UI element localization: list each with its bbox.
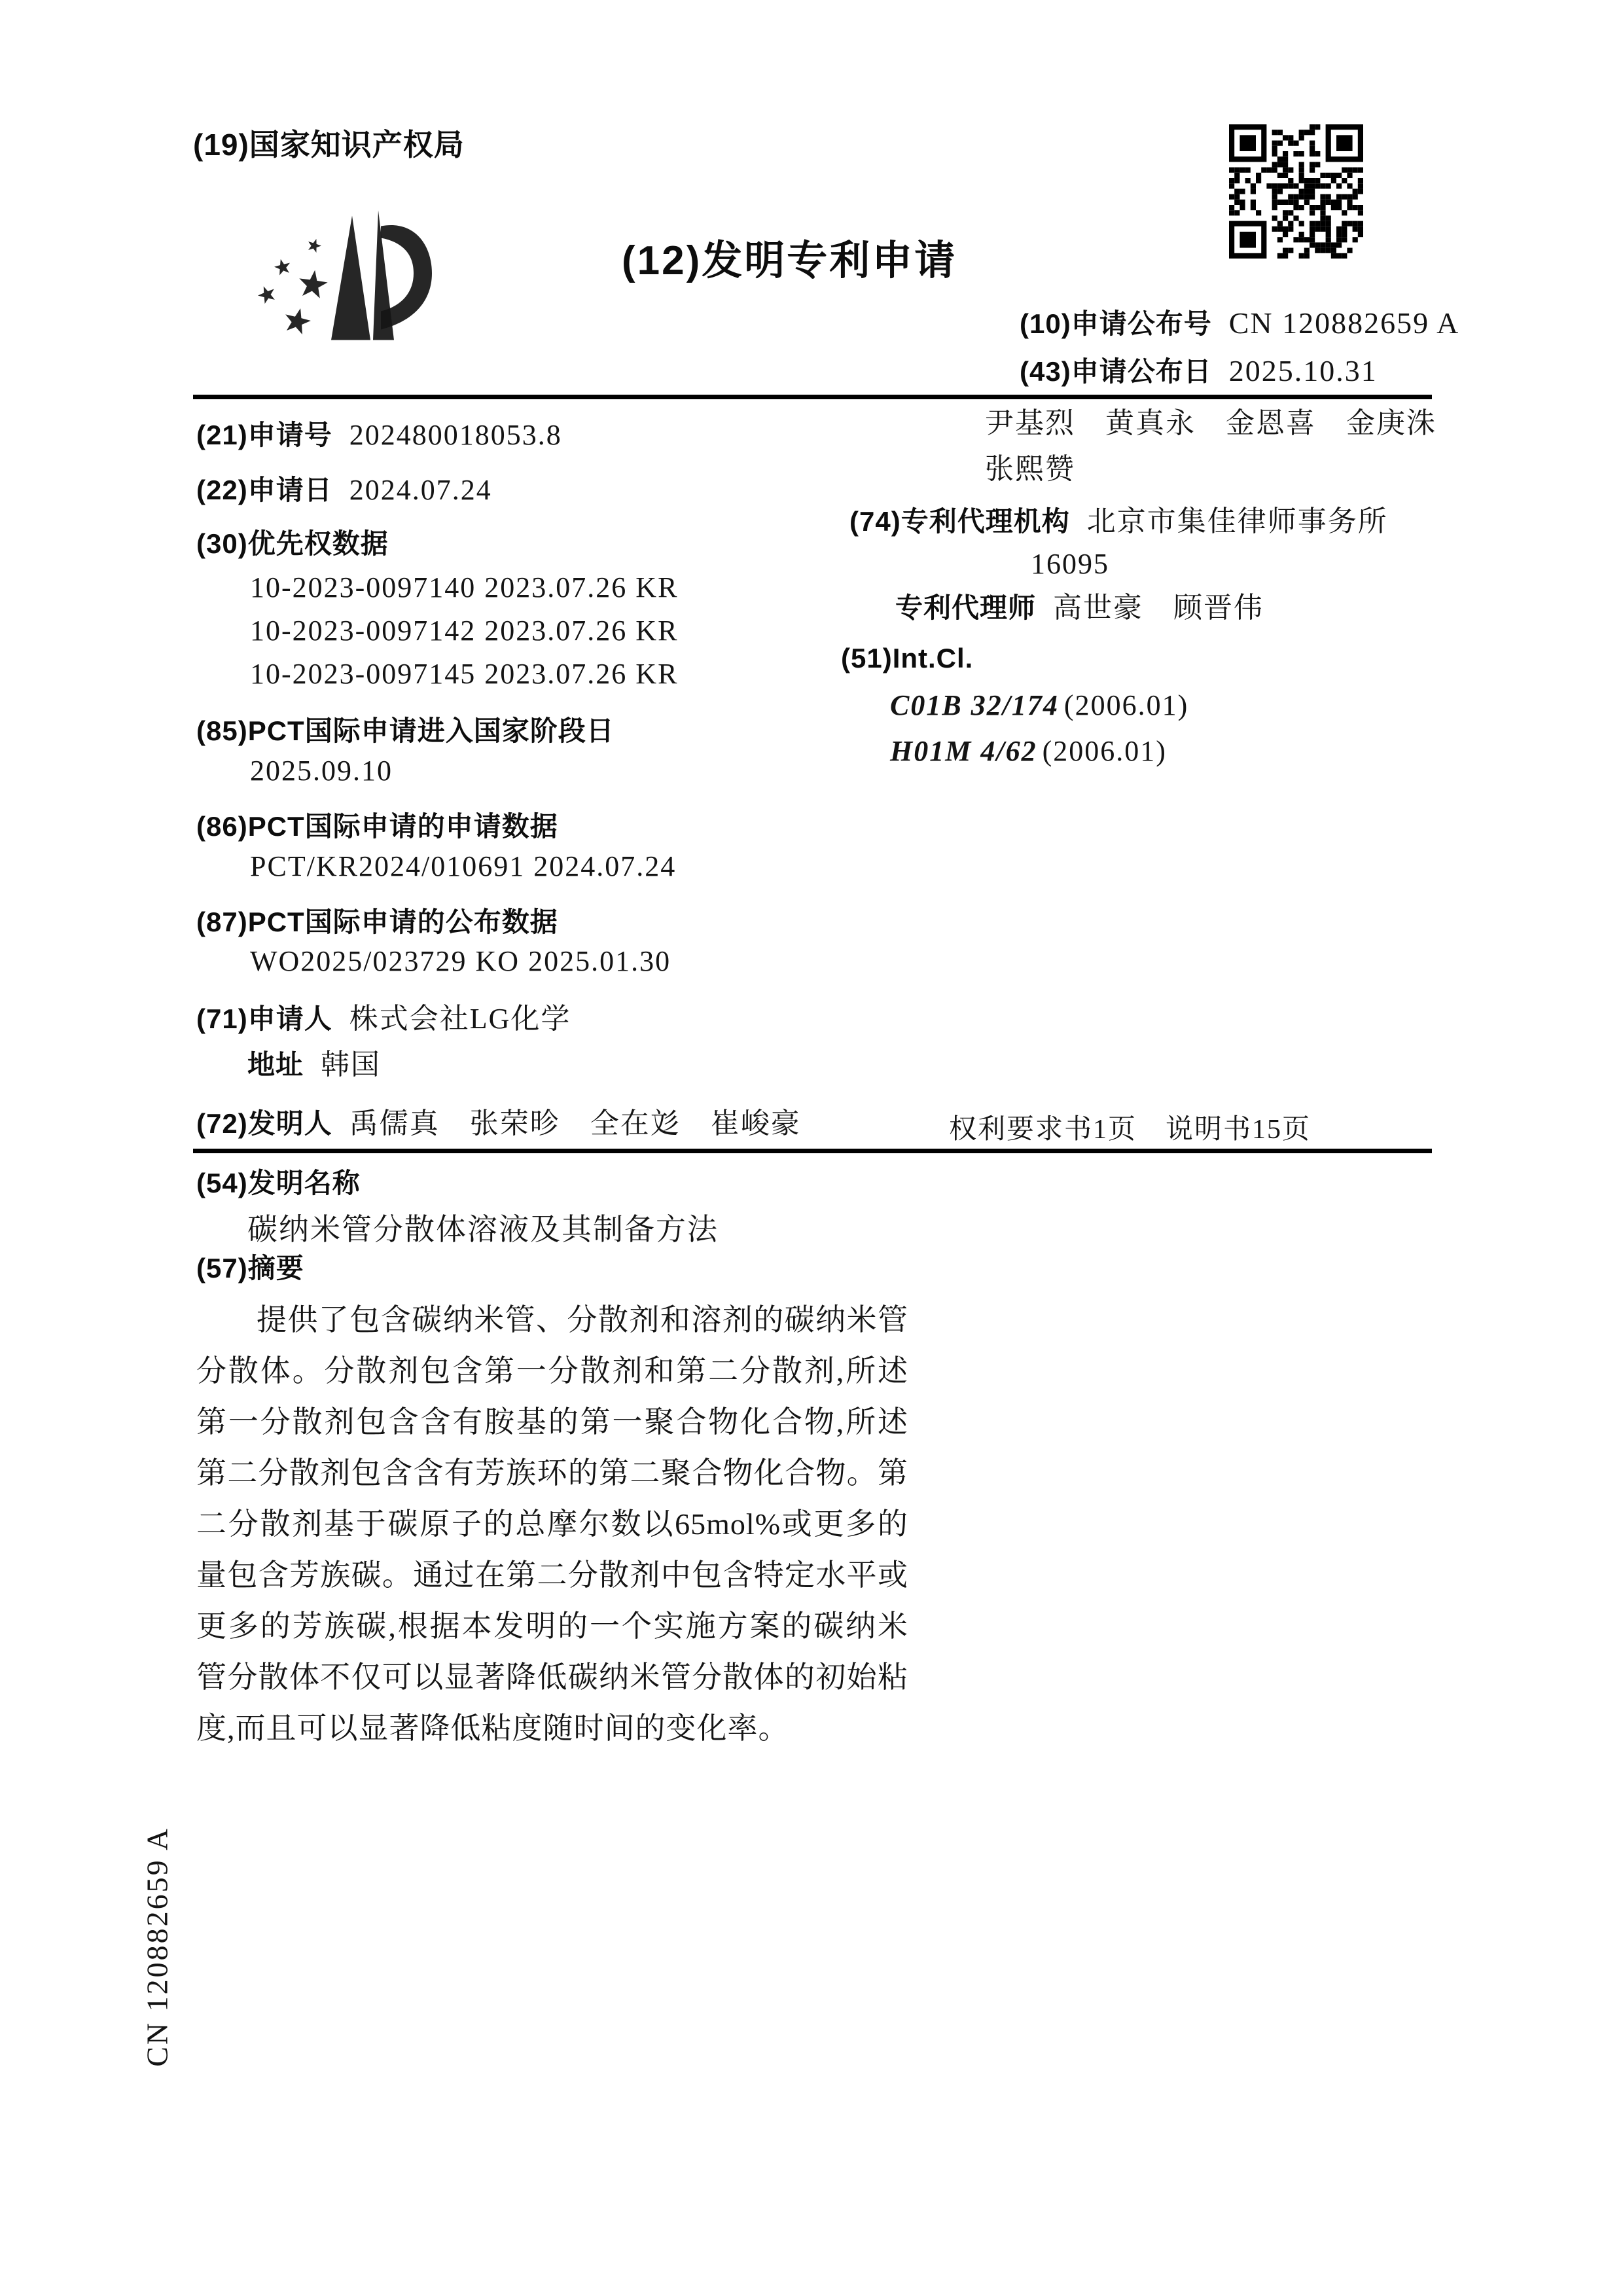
int-cl-code: H01M 4/62: [890, 734, 1037, 768]
pct-national-stage-date: 2025.09.10: [250, 754, 393, 787]
address-label: 地址: [247, 1043, 304, 1083]
int-cl-version: (2006.01): [1043, 734, 1167, 768]
int-cl-label: (51)Int.Cl.: [841, 643, 973, 674]
int-cl-code: C01B 32/174: [890, 689, 1059, 722]
applicant-name: 株式会社LG化学: [349, 995, 571, 1037]
pct-publication-data-value: WO2025/023729 KO 2025.01.30: [250, 944, 671, 978]
priority-entry: 10-2023-0097140 2023.07.26 KR: [250, 571, 678, 604]
application-number-label: (21)申请号: [196, 414, 332, 453]
inventors-line2: 尹基烈 黄真永 金恩喜 金庚洙: [985, 399, 1436, 441]
qr-code: [1229, 124, 1363, 262]
pub-date-value: 2025.10.31: [1229, 353, 1378, 388]
section-rule: [193, 1149, 1432, 1153]
pct-national-stage-label: (85)PCT国际申请进入国家阶段日: [196, 709, 615, 749]
abstract-label: (57)摘要: [196, 1247, 304, 1286]
document-type-title: (12)发明专利申请: [622, 228, 957, 286]
pub-number-label: (10)申请公布号: [1020, 302, 1212, 342]
pub-number-value: CN 120882659 A: [1229, 306, 1460, 340]
invention-title: 碳纳米管分散体溶液及其制备方法: [247, 1206, 719, 1249]
inventors-label: (72)发明人: [196, 1102, 332, 1141]
priority-entry: 10-2023-0097145 2023.07.26 KR: [250, 657, 678, 691]
agent-label: 专利代理师: [895, 586, 1036, 626]
header-rule: [193, 395, 1432, 399]
pct-application-data-value: PCT/KR2024/010691 2024.07.24: [250, 850, 676, 883]
sidebar-publication-code: CN 120882659 A: [140, 1797, 175, 2098]
patent-front-page: (19)国家知识产权局 (12)发明专利申请: [0, 0, 1623, 2296]
agency-name: 北京市集佳律师事务所: [1087, 497, 1388, 539]
invention-title-label: (54)发明名称: [196, 1162, 361, 1201]
priority-data-label: (30)优先权数据: [196, 522, 389, 562]
application-number-value: 202480018053.8: [349, 418, 562, 452]
agency-label: (74)专利代理机构: [849, 500, 1070, 539]
agency-code: 16095: [1031, 547, 1109, 581]
pct-application-data-label: (86)PCT国际申请的申请数据: [196, 805, 558, 844]
applicant-label: (71)申请人: [196, 997, 332, 1037]
application-date-label: (22)申请日: [196, 469, 332, 508]
address-value: 韩国: [321, 1041, 381, 1083]
int-cl-version: (2006.01): [1064, 689, 1188, 722]
pages-info: 权利要求书1页 说明书15页: [949, 1107, 1311, 1147]
application-date-value: 2024.07.24: [349, 473, 492, 507]
priority-entry: 10-2023-0097142 2023.07.26 KR: [250, 614, 678, 647]
cnipa-logo-icon: [243, 204, 440, 373]
inventors-line3: 张熙赞: [985, 445, 1075, 487]
inventors-line1: 禹儒真 张荣昣 全在彣 崔峻豪: [349, 1100, 801, 1141]
agent-names: 高世豪 顾晋伟: [1053, 584, 1264, 626]
pub-date-label: (43)申请公布日: [1020, 350, 1212, 389]
pct-publication-data-label: (87)PCT国际申请的公布数据: [196, 901, 558, 940]
publishing-office: (19)国家知识产权局: [193, 121, 465, 164]
abstract-text: 提供了包含碳纳米管、分散剂和溶剂的碳纳米管分散体。分散剂包含第一分散剂和第二分散…: [196, 1295, 908, 1754]
